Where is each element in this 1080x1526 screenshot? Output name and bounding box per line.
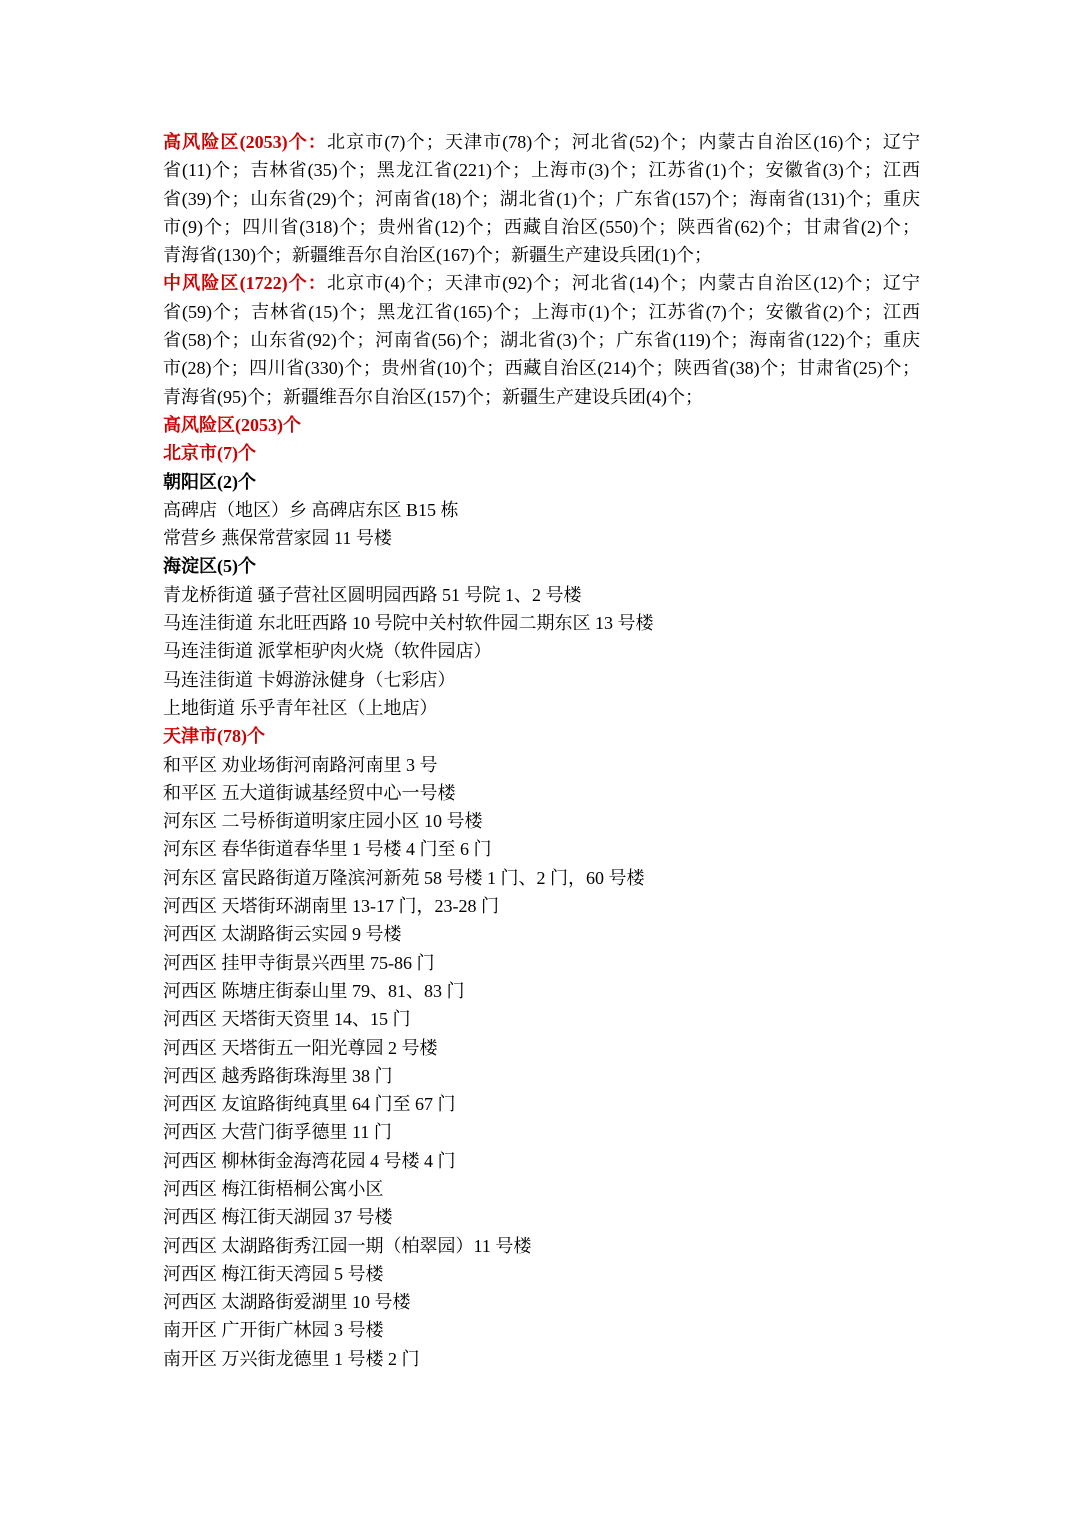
address-line: 河西区 梅江街天湖园 37 号楼: [163, 1203, 920, 1231]
address-line: 河西区 梅江街天湾园 5 号楼: [163, 1260, 920, 1288]
address-line: 和平区 劝业场街河南路河南里 3 号: [163, 751, 920, 779]
address-line: 马连洼街道 卡姆游泳健身（七彩店）: [163, 666, 920, 694]
address-line: 河西区 大营门街孚德里 11 门: [163, 1118, 920, 1146]
address-line: 常营乡 燕保常营家园 11 号楼: [163, 524, 920, 552]
address-line: 河西区 天塔街五一阳光尊园 2 号楼: [163, 1034, 920, 1062]
risk-summary-line: 省(11)个；吉林省(35)个；黑龙江省(221)个；上海市(3)个；江苏省(1…: [163, 156, 920, 184]
risk-summary-line: 市(28)个；四川省(330)个；贵州省(10)个；西藏自治区(214)个；陕西…: [163, 354, 920, 382]
risk-zone-document: 高风险区(2053)个：北京市(7)个；天津市(78)个；河北省(52)个；内蒙…: [163, 128, 920, 1373]
city-heading: 北京市(7)个: [163, 439, 920, 467]
risk-level-label: 高风险区(2053)个：: [163, 132, 327, 152]
address-line: 河西区 越秀路街珠海里 38 门: [163, 1062, 920, 1090]
address-line: 河西区 天塔街天资里 14、15 门: [163, 1005, 920, 1033]
risk-summary-line: 青海省(95)个；新疆维吾尔自治区(157)个；新疆生产建设兵团(4)个；: [163, 383, 920, 411]
risk-summary-line: 青海省(130)个；新疆维吾尔自治区(167)个；新疆生产建设兵团(1)个；: [163, 241, 920, 269]
city-heading: 天津市(78)个: [163, 722, 920, 750]
address-line: 河西区 太湖路街秀江园一期（柏翠园）11 号楼: [163, 1232, 920, 1260]
risk-summary-line: 省(59)个；吉林省(15)个；黑龙江省(165)个；上海市(1)个；江苏省(7…: [163, 298, 920, 326]
district-heading: 海淀区(5)个: [163, 552, 920, 580]
address-line: 河西区 挂甲寺街景兴西里 75-86 门: [163, 949, 920, 977]
address-line: 高碑店（地区）乡 高碑店东区 B15 栋: [163, 496, 920, 524]
risk-summary-line: 中风险区(1722)个：北京市(4)个；天津市(92)个；河北省(14)个；内蒙…: [163, 269, 920, 297]
section-heading: 高风险区(2053)个: [163, 411, 920, 439]
address-line: 河东区 二号桥街道明家庄园小区 10 号楼: [163, 807, 920, 835]
risk-summary-line: 高风险区(2053)个：北京市(7)个；天津市(78)个；河北省(52)个；内蒙…: [163, 128, 920, 156]
address-line: 和平区 五大道街诚基经贸中心一号楼: [163, 779, 920, 807]
address-line: 马连洼街道 东北旺西路 10 号院中关村软件园二期东区 13 号楼: [163, 609, 920, 637]
risk-summary-text: 北京市(4)个；天津市(92)个；河北省(14)个；内蒙古自治区(12)个；辽宁: [327, 273, 920, 293]
address-line: 河西区 友谊路街纯真里 64 门至 67 门: [163, 1090, 920, 1118]
address-line: 河西区 太湖路街云实园 9 号楼: [163, 920, 920, 948]
address-line: 河西区 梅江街梧桐公寓小区: [163, 1175, 920, 1203]
address-line: 河西区 陈塘庄街泰山里 79、81、83 门: [163, 977, 920, 1005]
address-line: 河东区 春华街道春华里 1 号楼 4 门至 6 门: [163, 835, 920, 863]
risk-summary-line: 省(58)个；山东省(92)个；河南省(56)个；湖北省(3)个；广东省(119…: [163, 326, 920, 354]
address-line: 河西区 太湖路街爱湖里 10 号楼: [163, 1288, 920, 1316]
address-line: 南开区 广开街广林园 3 号楼: [163, 1316, 920, 1344]
address-line: 上地街道 乐乎青年社区（上地店）: [163, 694, 920, 722]
risk-summary-line: 省(39)个；山东省(29)个；河南省(18)个；湖北省(1)个；广东省(157…: [163, 185, 920, 213]
address-line: 马连洼街道 派掌柜驴肉火烧（软件园店）: [163, 637, 920, 665]
address-line: 南开区 万兴街龙德里 1 号楼 2 门: [163, 1345, 920, 1373]
risk-summary-line: 市(9)个；四川省(318)个；贵州省(12)个；西藏自治区(550)个；陕西省…: [163, 213, 920, 241]
risk-summary-text: 北京市(7)个；天津市(78)个；河北省(52)个；内蒙古自治区(16)个；辽宁: [327, 132, 920, 152]
address-line: 河西区 柳林街金海湾花园 4 号楼 4 门: [163, 1147, 920, 1175]
risk-level-label: 中风险区(1722)个：: [163, 273, 327, 293]
district-heading: 朝阳区(2)个: [163, 468, 920, 496]
address-line: 河西区 天塔街环湖南里 13-17 门，23-28 门: [163, 892, 920, 920]
address-line: 青龙桥街道 骚子营社区圆明园西路 51 号院 1、2 号楼: [163, 581, 920, 609]
address-line: 河东区 富民路街道万隆滨河新苑 58 号楼 1 门、2 门，60 号楼: [163, 864, 920, 892]
